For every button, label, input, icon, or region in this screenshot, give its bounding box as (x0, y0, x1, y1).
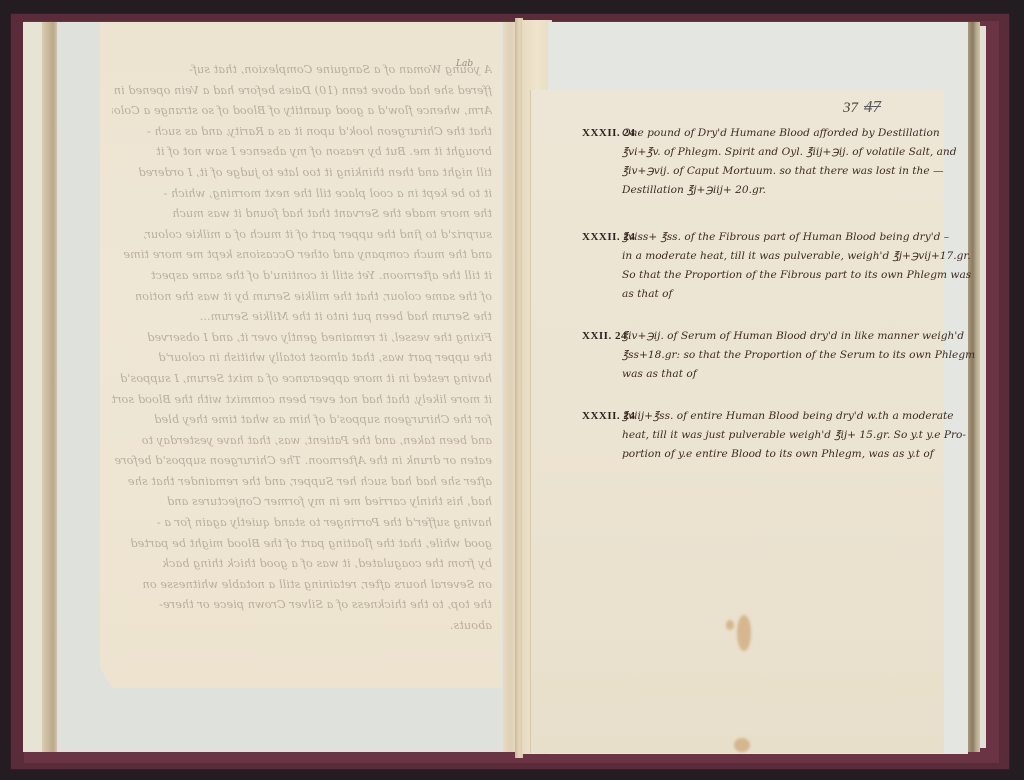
stain (737, 615, 751, 651)
folio-struck-out: 47 (864, 97, 881, 116)
left-leaf-edges (42, 22, 58, 752)
show-through-line: eaten or drunk in the Afternoon. The Chi… (112, 451, 492, 472)
show-through-line: having rested in it more appearance of a… (112, 369, 492, 390)
show-through-line: A young Woman of a Sanguine Complexion, … (112, 60, 492, 81)
entry-text: ℥viss+ ℥ss. of the Fibrous part of Human… (622, 228, 962, 304)
show-through-line: good while, that the floating part of th… (112, 534, 492, 555)
show-through-line: by from the coagulated, it was of a good… (112, 554, 492, 575)
show-through-line: brought it me. But by reason of my absen… (112, 142, 492, 163)
show-through-line: that the Chirurgeon look'd upon it as a … (112, 122, 492, 143)
entry-line: ℥viss+ ℥ss. of the Fibrous part of Human… (622, 228, 962, 247)
show-through-line: it more likely, that had not ever been c… (112, 390, 492, 411)
right-endpaper (980, 26, 986, 748)
entry-line: ℥iv+℈vij. of Caput Mortuum. so that ther… (622, 162, 962, 181)
entry-line: heat, till it was just pulverable weigh'… (622, 426, 962, 445)
entry-line: One pound of Dry'd Humane Blood afforded… (622, 124, 962, 143)
show-through-line: the more made the Servant that had found… (112, 204, 492, 225)
show-through-line: and the much company and other Occasions… (112, 245, 492, 266)
entry-line: in a moderate heat, till it was pulverab… (622, 247, 962, 266)
entry-text: ℥iv+℈ij. of Serum of Human Blood dry'd i… (622, 327, 962, 384)
show-through-line: had, his thinly carried me in my former … (112, 492, 492, 513)
show-through-line: on Several hours after, retaining still … (112, 575, 492, 596)
show-through-line: of the same colour, that the milkie Seru… (112, 287, 492, 308)
entry-line: portion of y.e entire Blood to its own P… (622, 445, 962, 464)
stain (726, 620, 734, 630)
show-through-line: the Serum had been put into it the Milki… (112, 307, 492, 328)
entry-line: Destillation ℥j+℈iij+ 20.gr. (622, 181, 962, 200)
show-through-line: abouts. (112, 616, 492, 637)
show-through-line: it till the afternoon. Yet still it cont… (112, 266, 492, 287)
show-through-line: the upper part was, that almost totally … (112, 348, 492, 369)
show-through-line: till night and then thinking it too late… (112, 163, 492, 184)
show-through-line: for the Chirurgeon suppos'd of him as wh… (112, 410, 492, 431)
entry-line: ℥ss+18.gr: so that the Proportion of the… (622, 346, 962, 365)
entry-line: ℥viij+℥ss. of entire Human Blood being d… (622, 407, 962, 426)
entry-text: One pound of Dry'd Humane Blood afforded… (622, 124, 962, 200)
folio-number: 3747 (843, 97, 881, 117)
show-through-line: ffered she had above tenn (10) Daies bef… (112, 81, 492, 102)
show-through-line: Arm, whence flow'd a good quantity of Bl… (112, 101, 492, 122)
folio-current: 37 (843, 100, 858, 116)
show-through-text: A young Woman of a Sanguine Complexion, … (112, 60, 492, 637)
stain (734, 738, 750, 752)
show-through-line: having suffer'd the Porringer to stand q… (112, 513, 492, 534)
show-through-line: after she had had such her Supper, and t… (112, 472, 492, 493)
entry-line: ℥vi+℥v. of Phlegm. Spirit and Oyl. ℥iij+… (622, 143, 962, 162)
entry-line: was as that of (622, 365, 962, 384)
entry-line: So that the Proportion of the Fibrous pa… (622, 266, 962, 285)
show-through-line: and been taken, and the Patient, was, th… (112, 431, 492, 452)
entry-line: as that of (622, 285, 962, 304)
right-leaf-edges (968, 22, 980, 752)
show-through-line: Fixing the vessel, it remained gently ov… (112, 328, 492, 349)
entry-text: ℥viij+℥ss. of entire Human Blood being d… (622, 407, 962, 464)
show-through-line: it to be kept in a cool place till the n… (112, 184, 492, 205)
show-through-line: surpriz'd to find the upper part of it m… (112, 225, 492, 246)
show-through-line: the top, to the thickness of a Silver Cr… (112, 595, 492, 616)
entry-line: ℥iv+℈ij. of Serum of Human Blood dry'd i… (622, 327, 962, 346)
